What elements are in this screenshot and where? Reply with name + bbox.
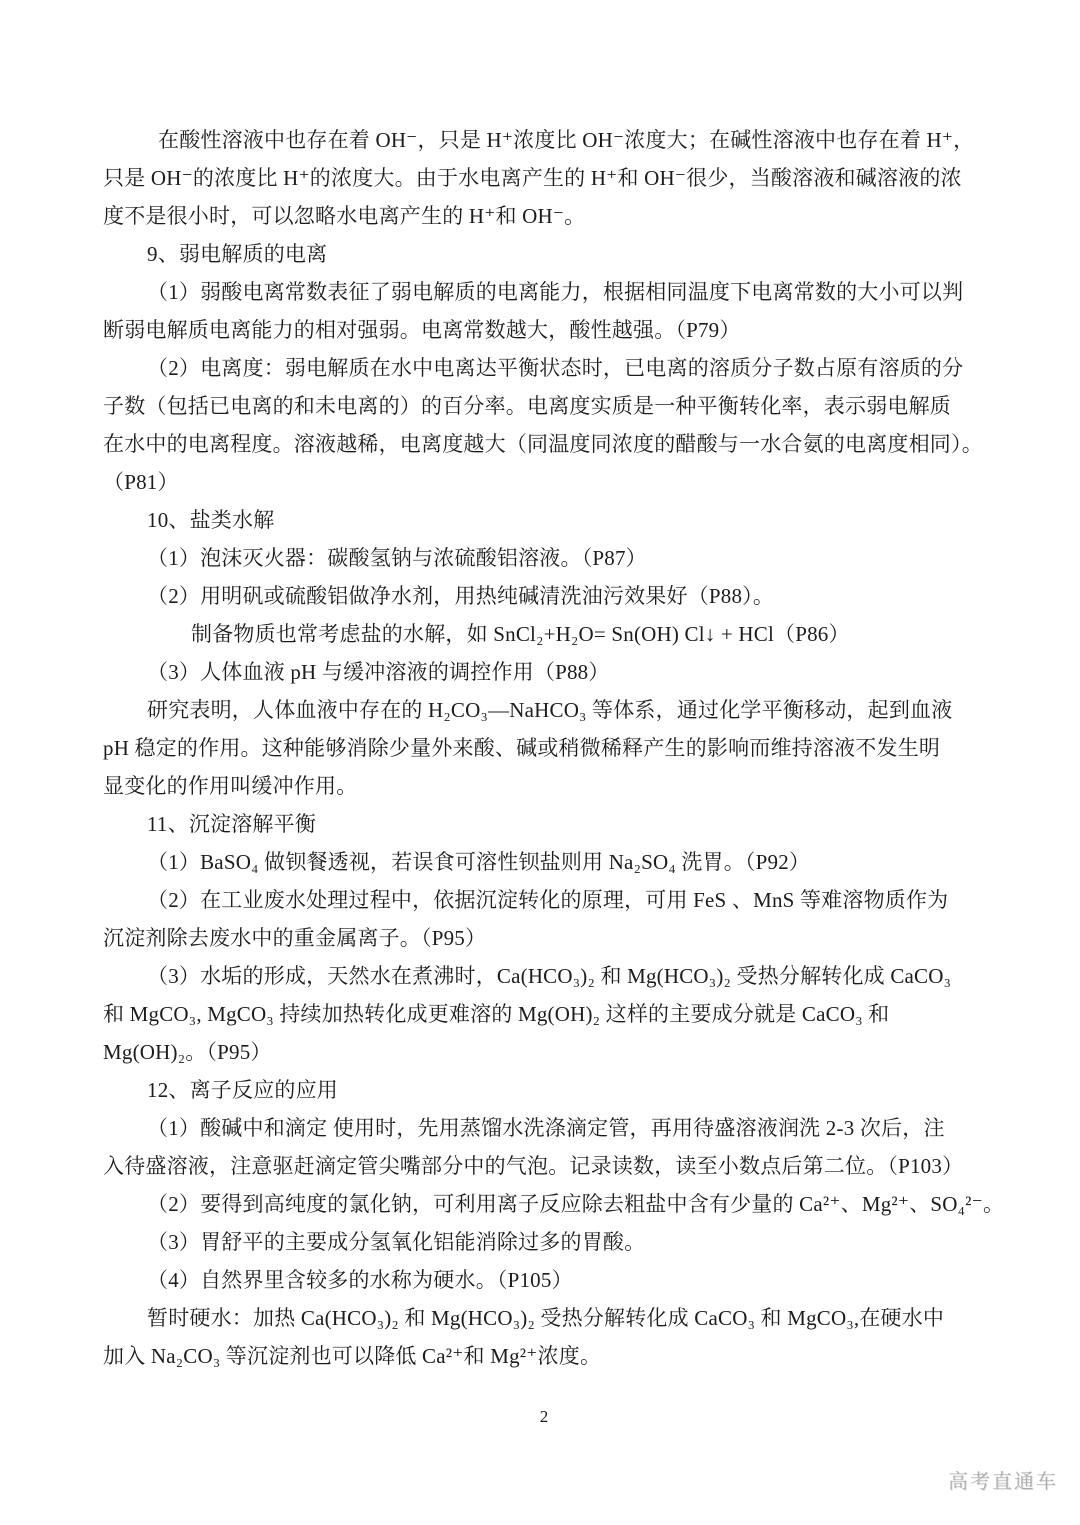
text-line: 显变化的作用叫缓冲作用。: [103, 767, 985, 805]
text-line: 入待盛溶液，注意驱赶滴定管尖嘴部分中的气泡。记录读数，读至小数点后第二位。（P1…: [103, 1147, 985, 1185]
text-line: （4）自然界里含较多的水称为硬水。（P105）: [103, 1261, 985, 1299]
text-line: （2）要得到高纯度的氯化钠，可利用离子反应除去粗盐中含有少量的 Ca²⁺、Mg²…: [103, 1185, 985, 1223]
text-line: 子数（包括已电离的和未电离的）的百分率。电离度实质是一种平衡转化率，表示弱电解质: [103, 387, 985, 425]
text-line: （P81）: [103, 463, 985, 501]
text-line: （1）泡沫灭火器：碳酸氢钠与浓硫酸铝溶液。（P87）: [103, 539, 985, 577]
section-heading: 9、弱电解质的电离: [103, 235, 985, 273]
text-line: 暂时硬水：加热 Ca(HCO₃)₂ 和 Mg(HCO₃)₂ 受热分解转化成 Ca…: [103, 1299, 985, 1337]
text-line: 在水中的电离程度。溶液越稀，电离度越大（同温度同浓度的醋酸与一水合氨的电离度相同…: [103, 425, 985, 463]
section-heading: 11、沉淀溶解平衡: [103, 805, 985, 843]
section-heading: 12、离子反应的应用: [103, 1071, 985, 1109]
text-line: pH 稳定的作用。这种能够消除少量外来酸、碱或稍微稀释产生的影响而维持溶液不发生…: [103, 729, 985, 767]
text-line: （1）酸碱中和滴定 使用时，先用蒸馏水洗涤滴定管，再用待盛溶液润洗 2-3 次后…: [103, 1109, 985, 1147]
text-line: 和 MgCO₃, MgCO₃ 持续加热转化成更难溶的 Mg(OH)₂ 这样的主要…: [103, 995, 985, 1033]
text-line: 沉淀剂除去废水中的重金属离子。（P95）: [103, 919, 985, 957]
text-line: （3）水垢的形成，天然水在煮沸时，Ca(HCO₃)₂ 和 Mg(HCO₃)₂ 受…: [103, 957, 985, 995]
text-line: 度不是很小时，可以忽略水电离产生的 H⁺和 OH⁻。: [103, 197, 985, 235]
watermark-label: 高考直通车: [948, 1470, 1058, 1494]
document-body: 在酸性溶液中也存在着 OH⁻，只是 H⁺浓度比 OH⁻浓度大；在碱性溶液中也存在…: [103, 121, 985, 1375]
text-line: （3）胃舒平的主要成分氢氧化铝能消除过多的胃酸。: [103, 1223, 985, 1261]
section-heading: 10、盐类水解: [103, 501, 985, 539]
text-line: Mg(OH)₂。（P95）: [103, 1033, 985, 1071]
page-number: 2: [103, 1406, 985, 1428]
text-line: （3）人体血液 pH 与缓冲溶液的调控作用（P88）: [103, 653, 985, 691]
document-page: 在酸性溶液中也存在着 OH⁻，只是 H⁺浓度比 OH⁻浓度大；在碱性溶液中也存在…: [0, 0, 1080, 1525]
text-line: （2）电离度：弱电解质在水中电离达平衡状态时，已电离的溶质分子数占原有溶质的分: [103, 349, 985, 387]
text-line: 加入 Na₂CO₃ 等沉淀剂也可以降低 Ca²⁺和 Mg²⁺浓度。: [103, 1337, 985, 1375]
text-line: （1）弱酸电离常数表征了弱电解质的电离能力，根据相同温度下电离常数的大小可以判: [103, 273, 985, 311]
text-line: 研究表明，人体血液中存在的 H₂CO₃—NaHCO₃ 等体系，通过化学平衡移动，…: [103, 691, 985, 729]
text-line: （2）用明矾或硫酸铝做净水剂，用热纯碱清洗油污效果好（P88）。: [103, 577, 985, 615]
text-line: 断弱电解质电离能力的相对强弱。电离常数越大，酸性越强。（P79）: [103, 311, 985, 349]
text-line: 在酸性溶液中也存在着 OH⁻，只是 H⁺浓度比 OH⁻浓度大；在碱性溶液中也存在…: [103, 121, 985, 159]
text-line: （2）在工业废水处理过程中，依据沉淀转化的原理，可用 FeS 、MnS 等难溶物…: [103, 881, 985, 919]
text-line: （1）BaSO₄ 做钡餐透视，若误食可溶性钡盐则用 Na₂SO₄ 洗胃。（P92…: [103, 843, 985, 881]
formula-line: 制备物质也常考虑盐的水解，如 SnCl₂+H₂O= Sn(OH) Cl↓ + H…: [103, 615, 985, 653]
text-line: 只是 OH⁻的浓度比 H⁺的浓度大。由于水电离产生的 H⁺和 OH⁻很少，当酸溶…: [103, 159, 985, 197]
